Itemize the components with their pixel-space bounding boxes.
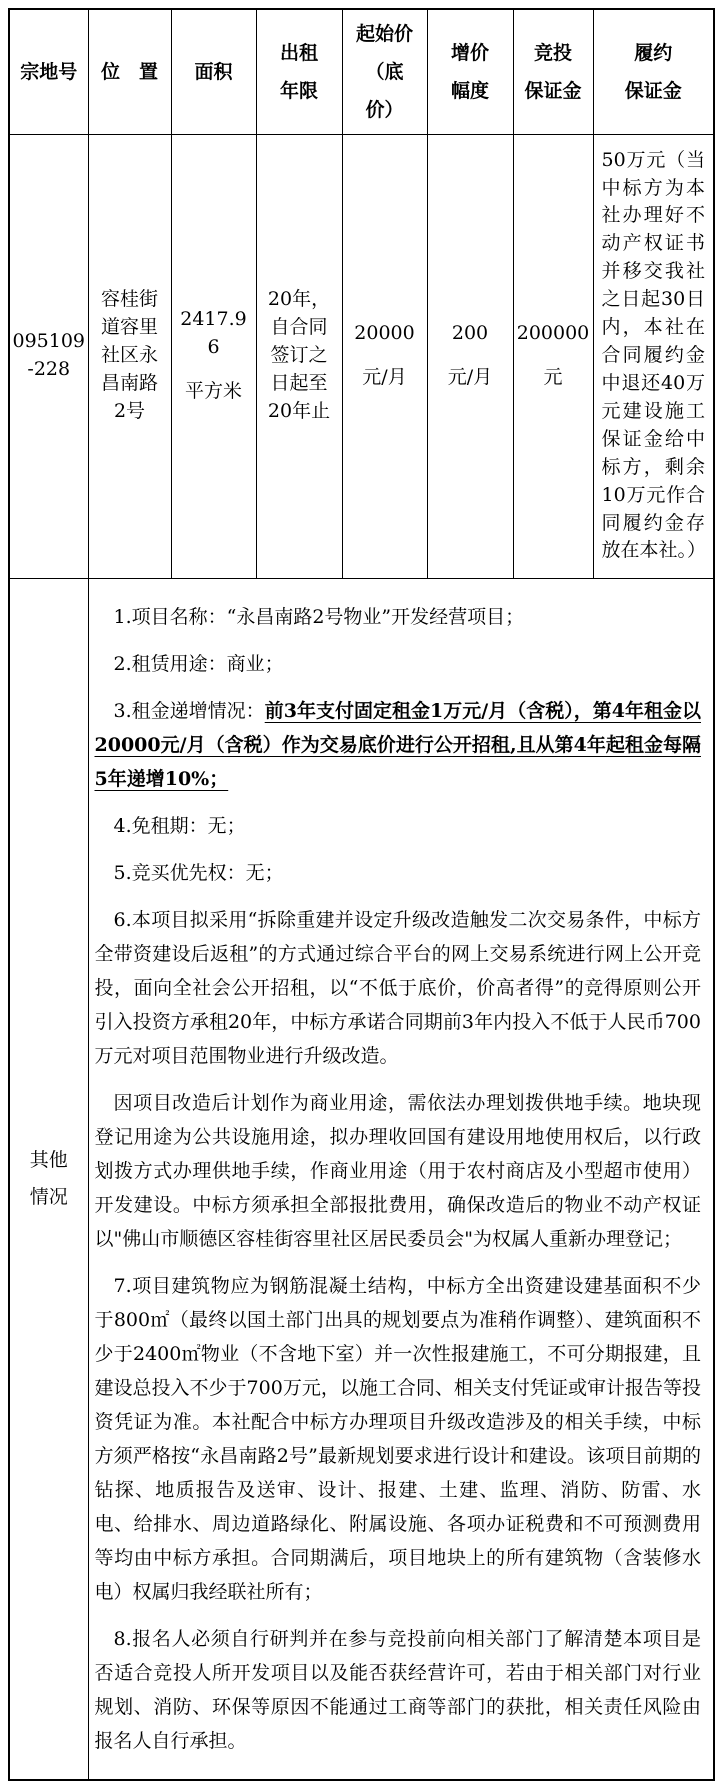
parcel-id-cell: 095109-228 bbox=[9, 134, 88, 578]
item-construction-requirements: 7.项目建筑物应为钢筋混凝土结构，中标方全出资建设建基面积不少于800㎡（最终以… bbox=[95, 1269, 702, 1609]
area-unit: 平方米 bbox=[178, 378, 250, 406]
item-project-mode: 6.本项目拟采用“拆除重建并设定升级改造触发二次交易条件，中标方全带资建设后返租… bbox=[95, 903, 702, 1073]
header-increment: 增价 幅度 bbox=[427, 9, 513, 134]
header-parcel-id: 宗地号 bbox=[9, 9, 88, 134]
area-value: 2417.96 bbox=[178, 306, 250, 362]
header-location: 位 置 bbox=[88, 9, 171, 134]
other-info-content: 1.项目名称：“永昌南路2号物业”开发经营项目； 2.租赁用途：商业； 3.租金… bbox=[88, 578, 714, 1780]
header-start-price: 起始价 （底 价） bbox=[342, 9, 427, 134]
start-price-value: 20000 bbox=[351, 320, 419, 348]
other-info-row: 其他 情况 1.项目名称：“永昌南路2号物业”开发经营项目； 2.租赁用途：商业… bbox=[9, 578, 714, 1780]
item-rent-escalation: 3.租金递增情况：前3年支付固定租金1万元/月（含税），第4年租金以20000元… bbox=[95, 694, 702, 796]
table-row: 095109-228 容桂街道容里社区永昌南路2号 2417.96 平方米 20… bbox=[9, 134, 714, 578]
start-price-unit: 元/月 bbox=[351, 364, 419, 392]
rent-escalation-prefix: 3.租金递增情况： bbox=[114, 700, 265, 722]
start-price-cell: 20000 元/月 bbox=[342, 134, 427, 578]
performance-deposit-cell: 50万元（当中标方为本社办理好不动产权证书并移交我社之日起30日内，本社在合同履… bbox=[593, 134, 714, 578]
increment-value: 200 bbox=[436, 320, 505, 348]
item-priority-right: 5.竞买优先权：无； bbox=[95, 856, 702, 890]
item-lease-use: 2.租赁用途：商业； bbox=[95, 647, 702, 681]
bid-deposit-value: 200000 bbox=[516, 320, 591, 348]
header-area: 面积 bbox=[171, 9, 256, 134]
item-land-procedure: 因项目改造后计划作为商业用途，需依法办理划拨供地手续。地块现登记用途为公共设施用… bbox=[95, 1086, 702, 1256]
item-rent-free-period: 4.免租期：无； bbox=[95, 809, 702, 843]
lease-term-cell: 20年，自合同签订之日起至20年止 bbox=[256, 134, 342, 578]
other-info-label: 其他 情况 bbox=[9, 578, 88, 1780]
bid-deposit-unit: 元 bbox=[516, 364, 591, 392]
header-performance-deposit: 履约 保证金 bbox=[593, 9, 714, 134]
item-bidder-responsibility: 8.报名人必须自行研判并在参与竞投前向相关部门了解清楚本项目是否适合竞投人所开发… bbox=[95, 1622, 702, 1758]
increment-unit: 元/月 bbox=[436, 364, 505, 392]
item-project-name: 1.项目名称：“永昌南路2号物业”开发经营项目； bbox=[95, 600, 702, 634]
header-lease-term: 出租 年限 bbox=[256, 9, 342, 134]
header-bid-deposit: 竞投 保证金 bbox=[513, 9, 593, 134]
area-cell: 2417.96 平方米 bbox=[171, 134, 256, 578]
header-row: 宗地号 位 置 面积 出租 年限 起始价 （底 价） 增价 幅度 竞投 保证金 … bbox=[9, 9, 714, 134]
bid-deposit-cell: 200000 元 bbox=[513, 134, 593, 578]
land-lease-bid-table: 宗地号 位 置 面积 出租 年限 起始价 （底 价） 增价 幅度 竞投 保证金 … bbox=[8, 8, 715, 1781]
announcement-page: 宗地号 位 置 面积 出租 年限 起始价 （底 价） 增价 幅度 竞投 保证金 … bbox=[0, 0, 721, 1792]
increment-cell: 200 元/月 bbox=[427, 134, 513, 578]
location-cell: 容桂街道容里社区永昌南路2号 bbox=[88, 134, 171, 578]
